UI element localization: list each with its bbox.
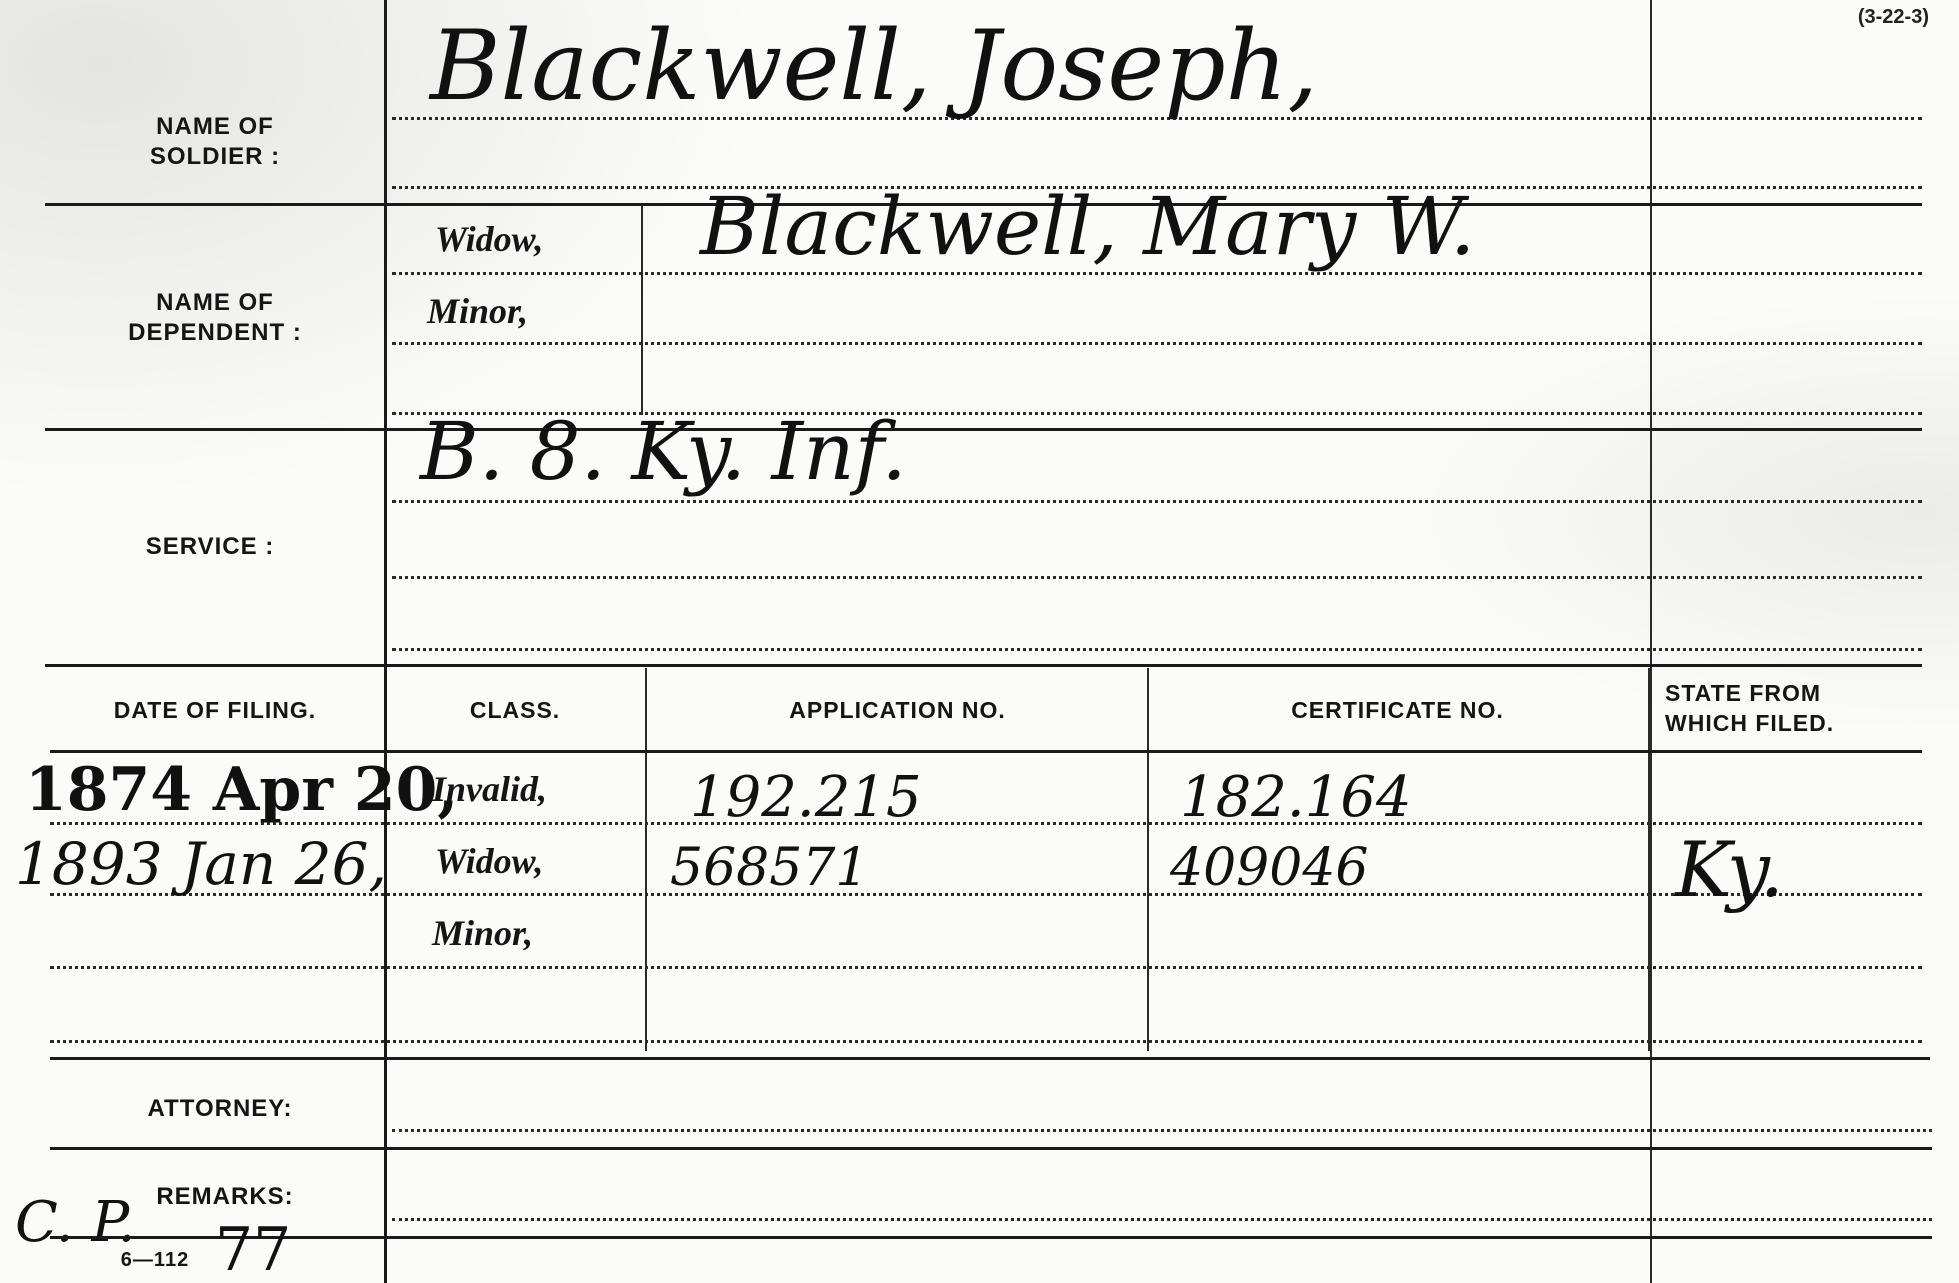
remarks-rule: [50, 1236, 1932, 1239]
service-label: SERVICE :: [110, 532, 310, 562]
row2-application-no: 568571: [670, 838, 869, 898]
service-section-rule: [45, 664, 1922, 667]
dependent-minor-label: Minor,: [427, 290, 528, 332]
row2-date: 1893 Jan 26,: [15, 830, 387, 898]
dependent-section-rule: [45, 428, 1922, 431]
attorney-label: ATTORNEY:: [110, 1094, 330, 1124]
row1-application-no: 192.215: [690, 765, 922, 830]
remarks-line: [392, 1218, 1932, 1221]
service-line-2: [392, 576, 1922, 579]
row3-class: Minor,: [432, 912, 533, 954]
state-header: STATE FROM WHICH FILED.: [1665, 678, 1915, 738]
row1-class: Invalid,: [432, 768, 547, 810]
dependent-name-value: Blackwell, Mary W.: [700, 180, 1475, 273]
application-no-header: APPLICATION NO.: [660, 695, 1135, 725]
service-line-3: [392, 648, 1922, 651]
service-value: B. 8. Ky. Inf.: [420, 405, 907, 498]
attorney-line: [392, 1129, 1932, 1132]
dependent-label-line2: DEPENDENT :: [95, 318, 335, 348]
dependent-widow-label: Widow,: [435, 218, 543, 260]
date-of-filing-header: DATE OF FILING.: [60, 695, 370, 725]
dependent-line-2: [392, 342, 1922, 345]
table-row-line-4: [50, 1040, 1922, 1043]
remarks-label: REMARKS:: [125, 1182, 325, 1212]
dependent-label-line1: NAME OF: [95, 288, 335, 318]
application-column-divider: [1147, 668, 1149, 1051]
soldier-label: NAME OF SOLDIER :: [100, 112, 330, 172]
class-column-divider: [645, 668, 647, 1051]
state-header-line1: STATE FROM: [1665, 678, 1915, 708]
row1-date: 1874 Apr 20,: [25, 755, 458, 825]
row2-certificate-no: 409046: [1170, 838, 1369, 898]
soldier-label-line2: SOLDIER :: [100, 142, 330, 172]
form-code: (3-22-3): [1858, 6, 1929, 29]
attorney-rule: [50, 1147, 1932, 1150]
soldier-label-line1: NAME OF: [100, 112, 330, 142]
row2-state: Ky.: [1675, 825, 1784, 914]
right-margin-divider: [1650, 0, 1652, 1283]
certificate-column-divider: [1648, 668, 1650, 1051]
widow-minor-divider: [641, 205, 643, 415]
soldier-name-value: Blackwell, Joseph,: [430, 10, 1318, 122]
dependent-label: NAME OF DEPENDENT :: [95, 288, 335, 348]
table-row-line-3: [50, 966, 1922, 969]
row1-certificate-no: 182.164: [1180, 765, 1412, 830]
row2-class: Widow,: [435, 840, 543, 882]
margin-note: 77: [215, 1215, 291, 1283]
footer-form-number: 6—112: [105, 1245, 205, 1275]
pension-index-card: (3-22-3) NAME OF SOLDIER : Blackwell, Jo…: [0, 0, 1959, 1283]
table-header-rule: [50, 750, 1922, 753]
service-line-1: [392, 500, 1922, 503]
table-bottom-rule: [50, 1057, 1930, 1060]
certificate-no-header: CERTIFICATE NO.: [1160, 695, 1635, 725]
class-header: CLASS.: [400, 695, 630, 725]
label-column-divider: [384, 0, 387, 1283]
state-header-line2: WHICH FILED.: [1665, 708, 1915, 738]
